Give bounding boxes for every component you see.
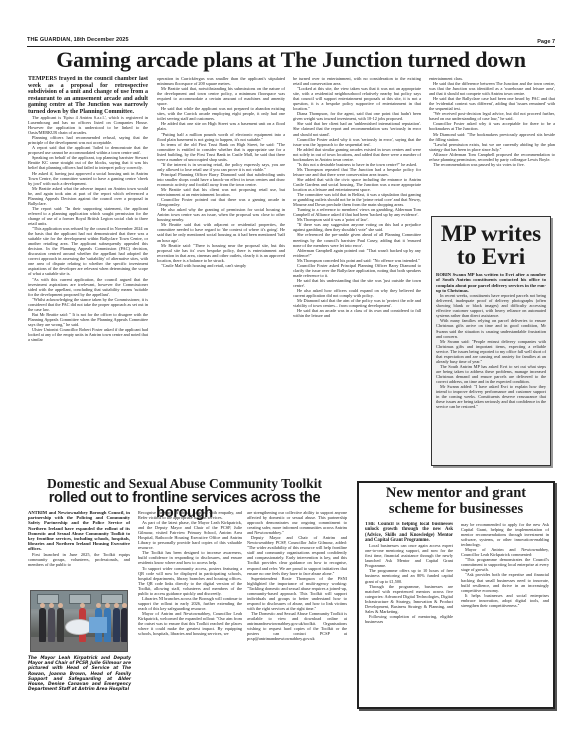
paragraph: Local businesses can once again access e… (365, 543, 453, 568)
mp-box-headline-line2: to Evri (436, 245, 546, 268)
paragraph: Mr Beattie said: "There is housing near … (157, 243, 285, 263)
paragraph: Ulster Unionist Councillor Robert Foster… (28, 327, 148, 342)
paragraph: He asked if, having just approved a soci… (28, 171, 148, 186)
paragraph: may be recommended to apply for the new … (461, 522, 549, 547)
paragraph: "If there was any suggestion anyone voti… (293, 222, 421, 232)
paragraph: "Putting half a million pounds worth of … (157, 132, 285, 142)
paragraph: be turned over to entertainment, with no… (293, 76, 421, 86)
story3-headline: New mentor and grant scheme for business… (365, 486, 547, 517)
paragraph: Diana Thompson, for the agent, said that… (293, 111, 421, 121)
paragraph: Mayor of Antrim and Newtownabbey, Counci… (138, 611, 242, 636)
paragraph: He added that one site on High Street wa… (157, 121, 285, 131)
paragraph: Following completion of mentoring, eligi… (365, 614, 453, 624)
story3-column-2: may be recommended to apply for the new … (461, 522, 549, 702)
paragraph: The South Antrim MP has asked Evri to se… (436, 364, 546, 384)
mp-writes-to-evri-box: MP writes to Evri ROBIN Swann MP has wri… (431, 216, 551, 466)
page-number: Page 7 (537, 39, 555, 45)
paragraph: Mr Diamond said: "The bookmakers previou… (429, 132, 555, 142)
paragraph: Mr Beattie said that with adjacent or re… (157, 222, 285, 242)
paragraph: Councillor Foster asked why it was 'seri… (293, 137, 421, 147)
paragraph: In recent weeks, constituents have repor… (436, 293, 546, 318)
paragraph: Mayor of Antrim and Newtownabbey, Counci… (461, 547, 549, 557)
paragraph: The report said: "In their supporting st… (28, 206, 148, 226)
paragraph: "Ask provides both the expertise and fin… (461, 572, 549, 592)
paragraph: Alderman Campbell again pointed out: "Th… (293, 248, 421, 258)
paragraph: The recommendation was passed by six vot… (429, 162, 555, 167)
paragraph: He said that while the applicant was not… (157, 106, 285, 121)
story3-headline-line1: New mentor and grant (365, 486, 547, 502)
paragraph: Ms Thompson repeated that The Junction h… (293, 167, 421, 177)
paragraph: "Looked at this site, the view taken was… (293, 86, 421, 111)
paragraph: He said that an arcade was in a class of… (293, 308, 421, 318)
paragraph: The Toolkit has been designed to increas… (138, 550, 242, 565)
mp-box-headline: MP writes to Evri (436, 222, 546, 268)
paragraph: "If the interest is in securing retail, … (157, 162, 285, 172)
paragraph: In terms of the old First Trust Bank on … (157, 142, 285, 162)
mp-box-body: ROBIN Swann MP has written to Evri after… (436, 272, 546, 409)
paragraph: She added that with the civic space incl… (293, 177, 421, 192)
mp-box-lead: ROBIN Swann MP has written to Evri after… (436, 272, 546, 293)
paragraph: "Lawful permission exists, but we are cu… (429, 142, 555, 152)
story1-column-2: operation in Carrickfergus was smaller t… (157, 76, 285, 468)
paper-name-date: THE GUARDIAN, 18th December 2025 (27, 37, 129, 43)
story2-column-3: are strengthening our collective ability… (247, 510, 347, 710)
paragraph: Mr Swann added: "I have asked Evri to ex… (436, 384, 546, 409)
paragraph: He added that similar gaming arcades exi… (293, 147, 421, 162)
paragraph: It helps businesses and social enterpris… (461, 593, 549, 608)
paragraph: Mr Beattie said that his client was not … (157, 187, 285, 197)
paragraph: He also asked why the granting of permis… (157, 207, 285, 222)
paragraph: operation in Carrickfergus was smaller t… (157, 76, 285, 86)
mp-box-headline-line1: MP writes (436, 222, 546, 245)
story2-headline-line1: Domestic and Sexual Abuse Community Tool… (27, 476, 342, 491)
paragraph: Councillor Foster asked why it was accep… (429, 121, 555, 131)
paragraph: Principal Planning Officer Barry Diamond… (157, 172, 285, 187)
story3-body: THE Council is helping local businesses … (365, 522, 547, 702)
paragraph: A report said that the applicant 'failed… (28, 145, 148, 155)
paragraph: The programme offers up to 10 hours of f… (365, 568, 453, 583)
paragraph: Superintendent Rosie Thompson of the PSN… (247, 576, 347, 611)
story1-lead: TEMPERS frayed in the council chamber la… (28, 76, 148, 115)
story1-column-1: TEMPERS frayed in the council chamber la… (28, 76, 148, 468)
paragraph: The applicant is 'Episo 4 Antrim S.a.r.l… (28, 115, 148, 135)
paragraph: Alliance Alderman Tom Campbell proposed … (429, 152, 555, 162)
paragraph: With many families relying on parcel del… (436, 318, 546, 338)
photo-caption: The Mayor Leah Kirpatrick and Deputy May… (28, 656, 131, 692)
toolkit-group-photo (30, 590, 128, 652)
paragraph: He said that the difference between The … (429, 81, 555, 96)
paragraph: The Domestic and Sexual Abuse Community … (247, 611, 347, 641)
paragraph: Through the programme, businesses are ma… (365, 584, 453, 614)
story3-lead: THE Council is helping local businesses … (365, 522, 453, 543)
paragraph: "This application was refused by the cou… (28, 226, 148, 276)
story2-column-2: Recognise the signs of abuse, Respond wi… (138, 510, 242, 710)
mentor-grant-scheme-box: New mentor and grant scheme for business… (357, 481, 555, 709)
paragraph: are strengthening our collective ability… (247, 510, 347, 535)
paragraph: He said that his understanding that the … (293, 278, 421, 288)
paragraph: Councillor Foster pointed out that there… (157, 197, 285, 207)
paragraph: Councillor Foster asked Principal Planni… (293, 263, 421, 278)
story2-lead: ANTRIM and Newtownabbey Borough Council,… (28, 510, 130, 552)
paragraph: First launched in June 2025, the Toolkit… (28, 552, 130, 567)
paragraph: The committee was told that in Belfast, … (293, 192, 421, 207)
paragraph: Deputy Mayor and Chair of Antrim and New… (247, 535, 347, 575)
story3-column-1: THE Council is helping local businesses … (365, 522, 453, 702)
story1-column-3: be turned over to entertainment, with no… (293, 76, 421, 468)
paragraph: "This programme demonstrates the Council… (461, 557, 549, 572)
paragraph: She referenced the pre-amble given ahead… (293, 232, 421, 247)
paragraph: "We received post-decision legal advice,… (429, 111, 555, 121)
paragraph: Speaking on behalf of the applicant, top… (28, 155, 148, 170)
paragraph: As part of the latest phase, the Mayor L… (138, 520, 242, 550)
paragraph: Libraries NI branches across the Borough… (138, 596, 242, 611)
story1-column-4: entertainment class. He said that the di… (429, 76, 555, 212)
paragraph: He also asked how officers could expand … (293, 288, 421, 298)
masthead: THE GUARDIAN, 18th December 2025 Page 7 (27, 37, 555, 47)
newspaper-page: THE GUARDIAN, 18th December 2025 Page 7 … (0, 0, 580, 737)
story1-headline: Gaming arcade plans at The Junction turn… (27, 48, 555, 72)
paragraph: To support wider community access, poste… (138, 566, 242, 596)
paragraph: But Mr Beattie said: " It is not for the… (28, 312, 148, 327)
paragraph: "As with this current application, the c… (28, 277, 148, 297)
paragraph: She said that her client had an 'unblemi… (293, 121, 421, 136)
paragraph: Planning officers had recommended refusa… (28, 135, 148, 145)
paragraph: "Castle Mall with housing and retail, ca… (157, 263, 285, 268)
paragraph: Turning to a reference to members' views… (293, 207, 421, 217)
paragraph: Mr Beattie said that, notwithstanding hi… (157, 86, 285, 106)
paragraph: He said that the Ballyclare case had bee… (429, 96, 555, 111)
story2-column-1: ANTRIM and Newtownabbey Borough Council,… (28, 510, 130, 588)
paragraph: Mr Beattie asked what the adverse impact… (28, 186, 148, 206)
paragraph: Recognise the signs of abuse, Respond wi… (138, 510, 242, 520)
paragraph: Ms Thompson conceded his point and said:… (293, 258, 421, 263)
paragraph: Mr Diamond said that the aim of the poli… (293, 298, 421, 308)
paragraph: "Whilst acknowledging the stance taken b… (28, 297, 148, 312)
story3-headline-line2: scheme for businesses (365, 502, 547, 518)
paragraph: Mr Swann said: "People entrust delivery … (436, 339, 546, 364)
